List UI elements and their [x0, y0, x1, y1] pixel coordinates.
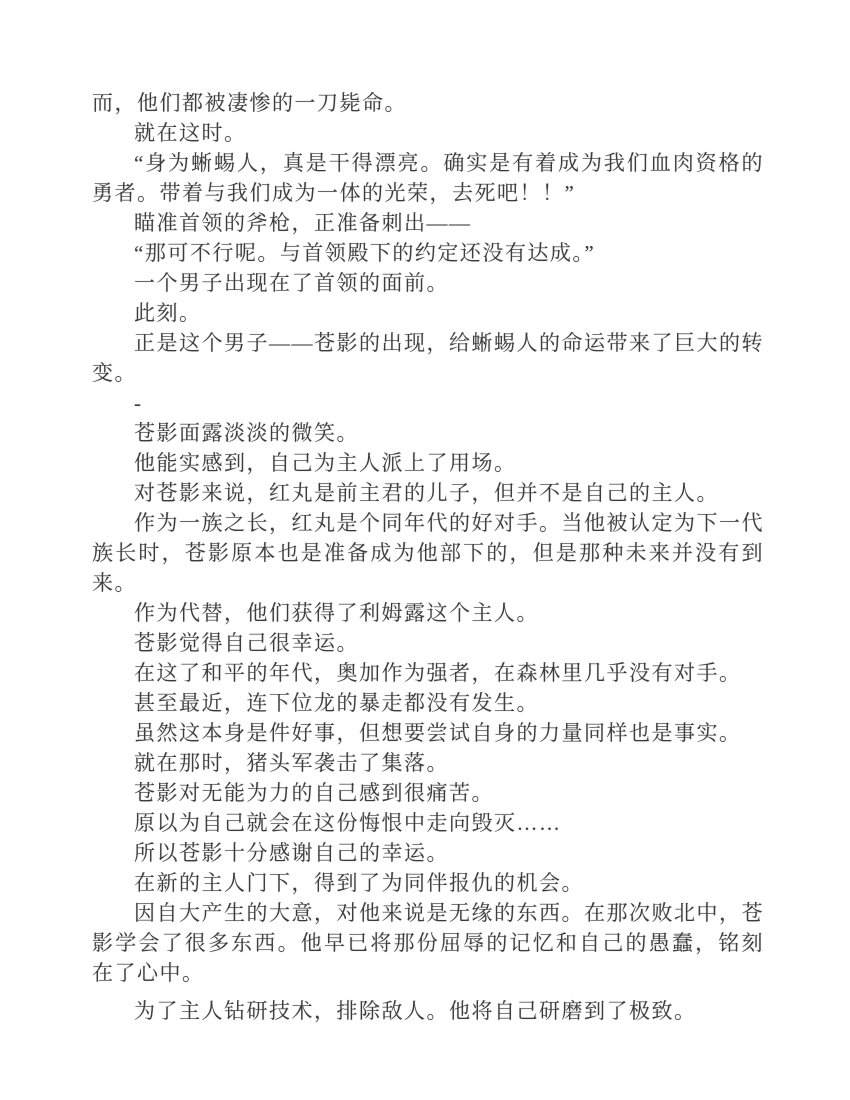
- paragraph: 在新的主人门下，得到了为同伴报仇的机会。: [92, 868, 764, 898]
- paragraph: 苍影觉得自己很幸运。: [92, 628, 764, 658]
- paragraph: “那可不行呢。与首领殿下的约定还没有达成。”: [92, 238, 764, 268]
- scene-break-dash: -: [92, 388, 764, 418]
- paragraph: 苍影对无能为力的自己感到很痛苦。: [92, 778, 764, 808]
- document-page: 而，他们都被凄惨的一刀毙命。 就在这时。 “身为蜥蜴人，真是干得漂亮。确实是有着…: [92, 88, 764, 1026]
- paragraph: 甚至最近，连下位龙的暴走都没有发生。: [92, 688, 764, 718]
- paragraph: 原以为自己就会在这份悔恨中走向毁灭……: [92, 808, 764, 838]
- paragraph: 就在那时，猪头军袭击了集落。: [92, 748, 764, 778]
- paragraph: 他能实感到，自己为主人派上了用场。: [92, 448, 764, 478]
- paragraph: 就在这时。: [92, 118, 764, 148]
- paragraph: 因自大产生的大意，对他来说是无缘的东西。在那次败北中，苍影学会了很多东西。他早已…: [92, 898, 764, 988]
- paragraph: 正是这个男子——苍影的出现，给蜥蜴人的命运带来了巨大的转变。: [92, 328, 764, 388]
- paragraph: 此刻。: [92, 298, 764, 328]
- paragraph: 一个男子出现在了首领的面前。: [92, 268, 764, 298]
- paragraph: 苍影面露淡淡的微笑。: [92, 418, 764, 448]
- paragraph: 虽然这本身是件好事，但想要尝试自身的力量同样也是事实。: [92, 718, 764, 748]
- paragraph: 作为一族之长，红丸是个同年代的好对手。当他被认定为下一代族长时，苍影原本也是准备…: [92, 508, 764, 598]
- paragraph: 作为代替，他们获得了利姆露这个主人。: [92, 598, 764, 628]
- paragraph: “身为蜥蜴人，真是干得漂亮。确实是有着成为我们血肉资格的勇者。带着与我们成为一体…: [92, 148, 764, 208]
- paragraph: 而，他们都被凄惨的一刀毙命。: [92, 88, 764, 118]
- paragraph: 在这了和平的年代，奥加作为强者，在森林里几乎没有对手。: [92, 658, 764, 688]
- paragraph: 对苍影来说，红丸是前主君的儿子，但并不是自己的主人。: [92, 478, 764, 508]
- paragraph: 所以苍影十分感谢自己的幸运。: [92, 838, 764, 868]
- paragraph: 瞄准首领的斧枪，正准备刺出——: [92, 208, 764, 238]
- paragraph: 为了主人钻研技术，排除敌人。他将自己研磨到了极致。: [92, 996, 764, 1026]
